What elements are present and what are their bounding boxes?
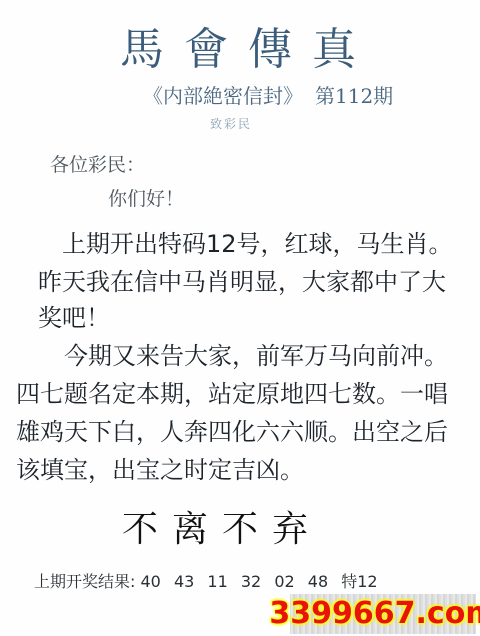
document-subtitle: 《内部絶密信封》第112期 — [143, 86, 393, 106]
letter-line: 雄鸡天下白，人奔四化六六顺。出空之后 — [16, 420, 448, 444]
result-number: 11 — [207, 572, 227, 591]
letter-line: 昨天我在信中马肖明显，大家都中了大 — [38, 270, 446, 294]
watermark-text: 3399667.com — [269, 599, 480, 629]
letter-greeting: 各位彩民： — [50, 156, 145, 175]
issue-number: 第112期 — [315, 84, 393, 108]
letter-line: 该填宝，出宝之时定吉凶。 — [16, 458, 304, 482]
result-number: 32 — [241, 572, 261, 591]
letter-line: 四七题名定本期，站定原地四七数。一唱 — [16, 382, 448, 406]
result-number: 48 — [308, 572, 328, 591]
special-number: 特12 — [341, 572, 377, 591]
result-number: 40 — [141, 572, 161, 591]
letter-hello: 你们好！ — [108, 190, 184, 209]
slogan: 不离不弃 — [122, 512, 322, 548]
confidential-label: 《内部絶密信封》 — [143, 84, 303, 108]
previous-results: 上期开奖结果: 40 43 11 32 02 48 特12 — [34, 574, 378, 590]
document-title: 馬會傳真 — [120, 28, 376, 72]
result-number: 43 — [174, 572, 194, 591]
results-label: 上期开奖结果: — [34, 572, 135, 591]
result-number: 02 — [274, 572, 294, 591]
recipient-stamp: 致彩民 — [210, 118, 252, 130]
letter-line: 奖吧！ — [38, 306, 110, 330]
site-watermark: 3399667.com — [290, 594, 476, 634]
letter-line: 上期开出特码12号，红球，马生肖。 — [38, 232, 453, 256]
letter-line: 今期又来告大家，前军万马向前冲。 — [16, 344, 448, 368]
results-numbers: 40 43 11 32 02 48 — [141, 572, 342, 591]
fax-document: 馬會傳真 《内部絶密信封》第112期 致彩民 各位彩民： 你们好！ 上期开出特码… — [0, 0, 480, 636]
